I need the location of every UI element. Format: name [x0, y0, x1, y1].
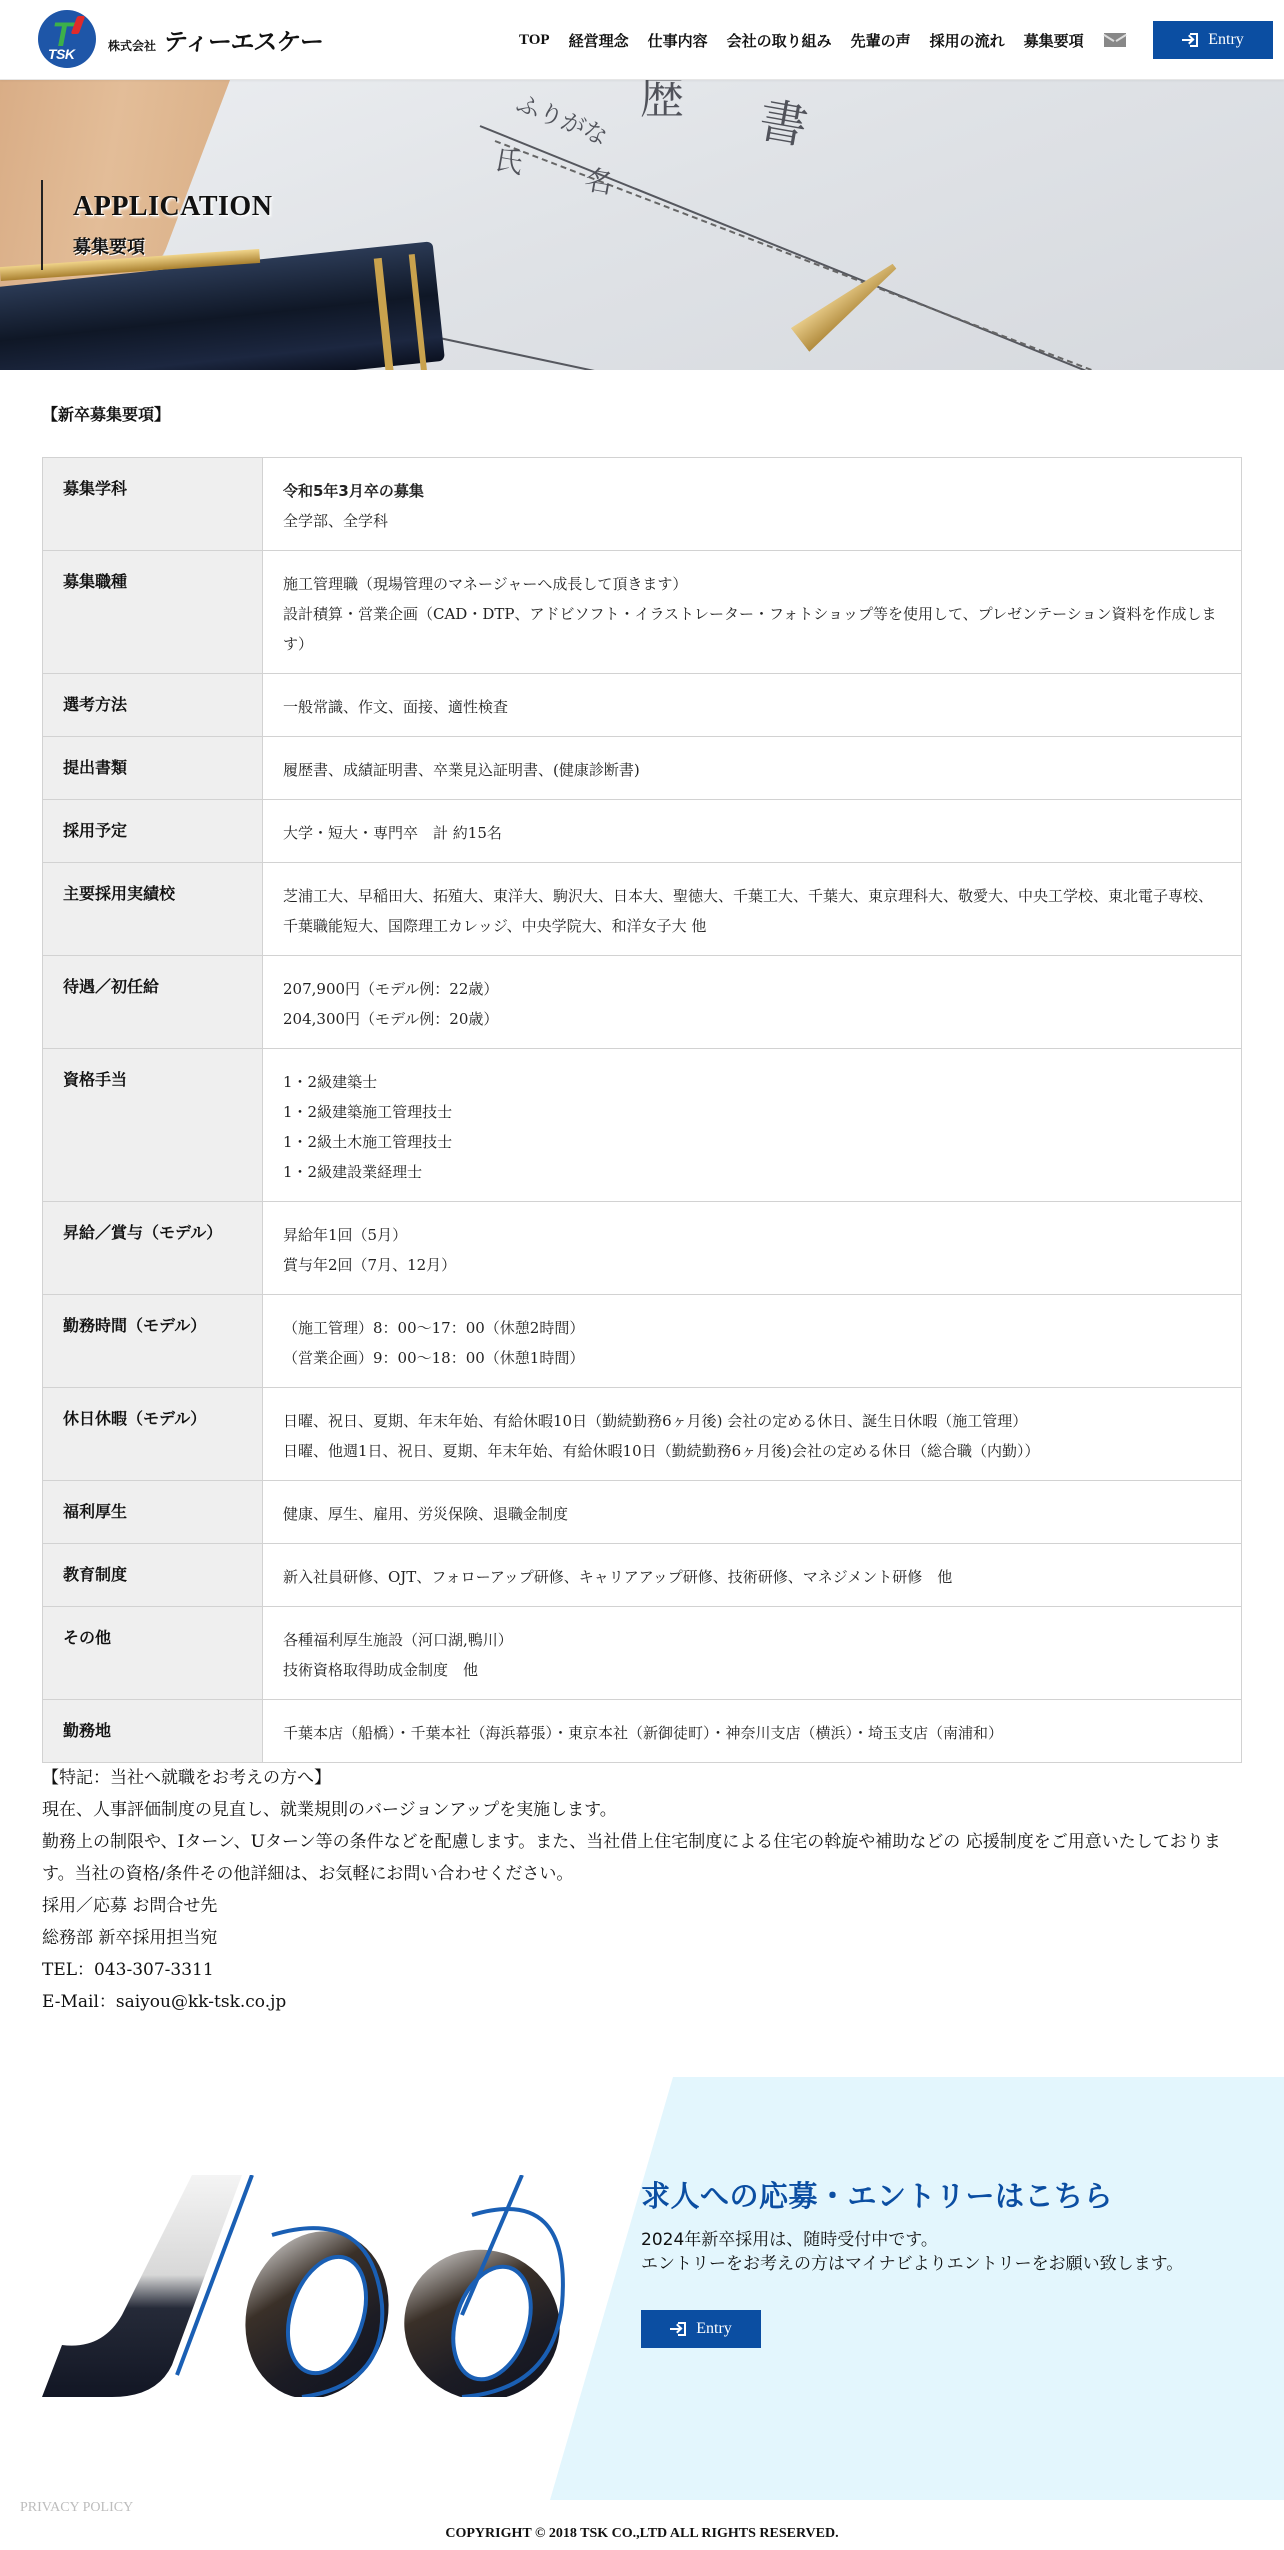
hero-title-block: APPLICATION 募集要項	[41, 180, 272, 270]
sign-in-icon	[1182, 33, 1198, 47]
entry-description: 2024年新卒採用は、随時受付中です。 エントリーをお考えの方はマイナビよりエン…	[641, 2228, 1183, 2276]
table-row: 福利厚生 健康、厚生、雇用、労災保険、退職金制度	[43, 1481, 1242, 1544]
sign-in-icon	[670, 2322, 686, 2336]
value-line: 賞与年2回（7月、12月）	[283, 1250, 1221, 1280]
notes-heading: 【特記：当社へ就職をお考えの方へ】	[42, 1762, 1242, 1794]
table-row: 昇給／賞与（モデル） 昇給年1回（5月） 賞与年2回（7月、12月）	[43, 1202, 1242, 1295]
row-label: 採用予定	[43, 800, 263, 863]
entry-text-line: エントリーをお考えの方はマイナビよりエントリーをお願い致します。	[641, 2252, 1183, 2276]
row-label: 休日休暇（モデル）	[43, 1388, 263, 1481]
row-value: 施工管理職（現場管理のマネージャーへ成長して頂きます） 設計積算・営業企画（CA…	[263, 551, 1242, 674]
hero-image-text: 歴	[640, 80, 684, 126]
table-row: その他 各種福利厚生施設（河口湖,鴨川） 技術資格取得助成金制度 他	[43, 1607, 1242, 1700]
value-line: （施工管理）8：00～17：00（休憩2時間）	[283, 1313, 1221, 1343]
nav-philosophy[interactable]: 経営理念	[569, 30, 629, 51]
table-row: 教育制度 新入社員研修、OJT、フォローアップ研修、キャリアアップ研修、技術研修…	[43, 1544, 1242, 1607]
value-line: 技術資格取得助成金制度 他	[283, 1655, 1221, 1685]
header-entry-button[interactable]: Entry	[1153, 21, 1273, 59]
tsk-logo-icon: T TSK	[38, 10, 96, 68]
entry-panel-background	[550, 2077, 1284, 2500]
row-label: 提出書類	[43, 737, 263, 800]
row-value: （施工管理）8：00～17：00（休憩2時間） （営業企画）9：00～18：00…	[263, 1295, 1242, 1388]
value-line: 日曜、祝日、夏期、年末年始、有給休暇10日（勤続勤務6ヶ月後) 会社の定める休日…	[283, 1406, 1221, 1436]
section-heading: 【新卒募集要項】	[42, 402, 170, 425]
entry-button-label: Entry	[696, 2320, 732, 2338]
table-row: 主要採用実績校 芝浦工大、早稲田大、拓殖大、東洋大、駒沢大、日本大、聖徳大、千葉…	[43, 863, 1242, 956]
value-line: 全学部、全学科	[283, 506, 1221, 536]
row-label: その他	[43, 1607, 263, 1700]
privacy-policy-link[interactable]: PRIVACY POLICY	[20, 2500, 133, 2516]
contact-department: 総務部 新卒採用担当宛	[42, 1922, 1242, 1954]
row-label: 募集職種	[43, 551, 263, 674]
value-line: 昇給年1回（5月）	[283, 1220, 1221, 1250]
entry-heading: 求人への応募・エントリーはこちら	[641, 2174, 1113, 2215]
row-value: 新入社員研修、OJT、フォローアップ研修、キャリアアップ研修、技術研修、マネジメ…	[263, 1544, 1242, 1607]
row-value: 健康、厚生、雇用、労災保険、退職金制度	[263, 1481, 1242, 1544]
row-value: 207,900円（モデル例：22歳） 204,300円（モデル例：20歳）	[263, 956, 1242, 1049]
table-row: 勤務時間（モデル） （施工管理）8：00～17：00（休憩2時間） （営業企画）…	[43, 1295, 1242, 1388]
value-line: 各種福利厚生施設（河口湖,鴨川）	[283, 1625, 1221, 1655]
nav-company-initiatives[interactable]: 会社の取り組み	[727, 30, 832, 51]
nav-top[interactable]: TOP	[519, 32, 550, 49]
row-value: 令和5年3月卒の募集 全学部、全学科	[263, 458, 1242, 551]
entry-section-button[interactable]: Entry	[641, 2310, 761, 2348]
site-header: T TSK 株式会社 ティーエスケー TOP 経営理念 仕事内容 会社の取り組み…	[0, 0, 1284, 80]
row-value: 履歴書、成績証明書、卒業見込証明書、(健康診断書)	[263, 737, 1242, 800]
page-title: APPLICATION	[73, 191, 272, 223]
row-label: 教育制度	[43, 1544, 263, 1607]
value-line: 1・2級土木施工管理技士	[283, 1127, 1221, 1157]
row-value: 1・2級建築士 1・2級建築施工管理技士 1・2級土木施工管理技士 1・2級建設…	[263, 1049, 1242, 1202]
value-line: 設計積算・営業企画（CAD・DTP、アドビソフト・イラストレーター・フォトショッ…	[283, 599, 1221, 659]
table-row: 募集学科 令和5年3月卒の募集 全学部、全学科	[43, 458, 1242, 551]
value-line: 207,900円（モデル例：22歳）	[283, 974, 1221, 1004]
row-label: 資格手当	[43, 1049, 263, 1202]
special-notes: 【特記：当社へ就職をお考えの方へ】 現在、人事評価制度の見直し、就業規則のバージ…	[42, 1762, 1242, 2018]
row-value: 芝浦工大、早稲田大、拓殖大、東洋大、駒沢大、日本大、聖徳大、千葉工大、千葉大、東…	[263, 863, 1242, 956]
value-line: 204,300円（モデル例：20歳）	[283, 1004, 1221, 1034]
value-line: 芝浦工大、早稲田大、拓殖大、東洋大、駒沢大、日本大、聖徳大、千葉工大、千葉大、東…	[283, 881, 1221, 941]
row-label: 主要採用実績校	[43, 863, 263, 956]
mail-icon[interactable]	[1104, 33, 1126, 47]
job-lettering-image	[42, 2175, 602, 2397]
notes-line: 現在、人事評価制度の見直し、就業規則のバージョンアップを実施します。	[42, 1794, 1242, 1826]
requirements-table: 募集学科 令和5年3月卒の募集 全学部、全学科 募集職種 施工管理職（現場管理の…	[42, 457, 1242, 1763]
value-line: 新入社員研修、OJT、フォローアップ研修、キャリアアップ研修、技術研修、マネジメ…	[283, 1562, 1221, 1592]
value-line: 令和5年3月卒の募集	[283, 476, 1221, 506]
row-label: 募集学科	[43, 458, 263, 551]
row-label: 待遇／初任給	[43, 956, 263, 1049]
row-label: 昇給／賞与（モデル）	[43, 1202, 263, 1295]
value-line: 一般常識、作文、面接、適性検査	[283, 692, 1221, 722]
value-line: 大学・短大・専門卒 計 約15名	[283, 818, 1221, 848]
value-line: 健康、厚生、雇用、労災保険、退職金制度	[283, 1499, 1221, 1529]
contact-phone: TEL：043-307-3311	[42, 1954, 1242, 1986]
value-line: 日曜、他週1日、祝日、夏期、年末年始、有給休暇10日（勤続勤務6ヶ月後)会社の定…	[283, 1436, 1221, 1466]
row-label: 勤務時間（モデル）	[43, 1295, 263, 1388]
row-value: 大学・短大・専門卒 計 約15名	[263, 800, 1242, 863]
copyright: COPYRIGHT © 2018 TSK CO.,LTD ALL RIGHTS …	[0, 2526, 1284, 2542]
row-value: 千葉本店（船橋）・千葉本社（海浜幕張）・東京本社（新御徒町）・神奈川支店（横浜）…	[263, 1700, 1242, 1763]
notes-line: 勤務上の制限や、Iターン、Uターン等の条件などを配慮します。また、当社借上住宅制…	[42, 1826, 1242, 1890]
table-row: 休日休暇（モデル） 日曜、祝日、夏期、年末年始、有給休暇10日（勤続勤務6ヶ月後…	[43, 1388, 1242, 1481]
nav-recruitment-flow[interactable]: 採用の流れ	[930, 30, 1005, 51]
table-row: 提出書類 履歴書、成績証明書、卒業見込証明書、(健康診断書)	[43, 737, 1242, 800]
row-value: 各種福利厚生施設（河口湖,鴨川） 技術資格取得助成金制度 他	[263, 1607, 1242, 1700]
row-value: 一般常識、作文、面接、適性検査	[263, 674, 1242, 737]
row-value: 日曜、祝日、夏期、年末年始、有給休暇10日（勤続勤務6ヶ月後) 会社の定める休日…	[263, 1388, 1242, 1481]
table-row: 待遇／初任給 207,900円（モデル例：22歳） 204,300円（モデル例：…	[43, 956, 1242, 1049]
entry-text-line: 2024年新卒採用は、随時受付中です。	[641, 2228, 1183, 2252]
value-line: 千葉本店（船橋）・千葉本社（海浜幕張）・東京本社（新御徒町）・神奈川支店（横浜）…	[283, 1718, 1221, 1748]
value-line: 履歴書、成績証明書、卒業見込証明書、(健康診断書)	[283, 755, 1221, 785]
page-subtitle: 募集要項	[73, 233, 272, 259]
company-logo[interactable]: T TSK 株式会社 ティーエスケー	[38, 10, 323, 68]
nav-application[interactable]: 募集要項	[1024, 30, 1084, 51]
nav-job-description[interactable]: 仕事内容	[648, 30, 708, 51]
row-label: 勤務地	[43, 1700, 263, 1763]
row-value: 昇給年1回（5月） 賞与年2回（7月、12月）	[263, 1202, 1242, 1295]
table-row: 資格手当 1・2級建築士 1・2級建築施工管理技士 1・2級土木施工管理技士 1…	[43, 1049, 1242, 1202]
company-name: 株式会社 ティーエスケー	[108, 22, 323, 57]
table-row: 勤務地 千葉本店（船橋）・千葉本社（海浜幕張）・東京本社（新御徒町）・神奈川支店…	[43, 1700, 1242, 1763]
value-line: （営業企画）9：00～18：00（休憩1時間）	[283, 1343, 1221, 1373]
value-line: 1・2級建築施工管理技士	[283, 1097, 1221, 1127]
entry-button-label: Entry	[1208, 31, 1244, 49]
value-line: 施工管理職（現場管理のマネージャーへ成長して頂きます）	[283, 569, 1221, 599]
nav-senior-voices[interactable]: 先輩の声	[851, 30, 911, 51]
value-line: 1・2級建設業経理士	[283, 1157, 1221, 1187]
contact-email[interactable]: E-Mail：saiyou@kk-tsk.co.jp	[42, 1986, 1242, 2018]
row-label: 福利厚生	[43, 1481, 263, 1544]
table-row: 採用予定 大学・短大・専門卒 計 約15名	[43, 800, 1242, 863]
hero-banner: 歴 書 ふりがな 氏 名 APPLICATION 募集要項	[0, 80, 1284, 370]
contact-heading: 採用／応募 お問合せ先	[42, 1890, 1242, 1922]
table-row: 選考方法 一般常識、作文、面接、適性検査	[43, 674, 1242, 737]
value-line: 1・2級建築士	[283, 1067, 1221, 1097]
company-prefix: 株式会社	[108, 37, 156, 54]
main-nav: TOP 経営理念 仕事内容 会社の取り組み 先輩の声 採用の流れ 募集要項	[519, 0, 1144, 80]
table-row: 募集職種 施工管理職（現場管理のマネージャーへ成長して頂きます） 設計積算・営業…	[43, 551, 1242, 674]
company-name-text: ティーエスケー	[162, 22, 325, 57]
row-label: 選考方法	[43, 674, 263, 737]
